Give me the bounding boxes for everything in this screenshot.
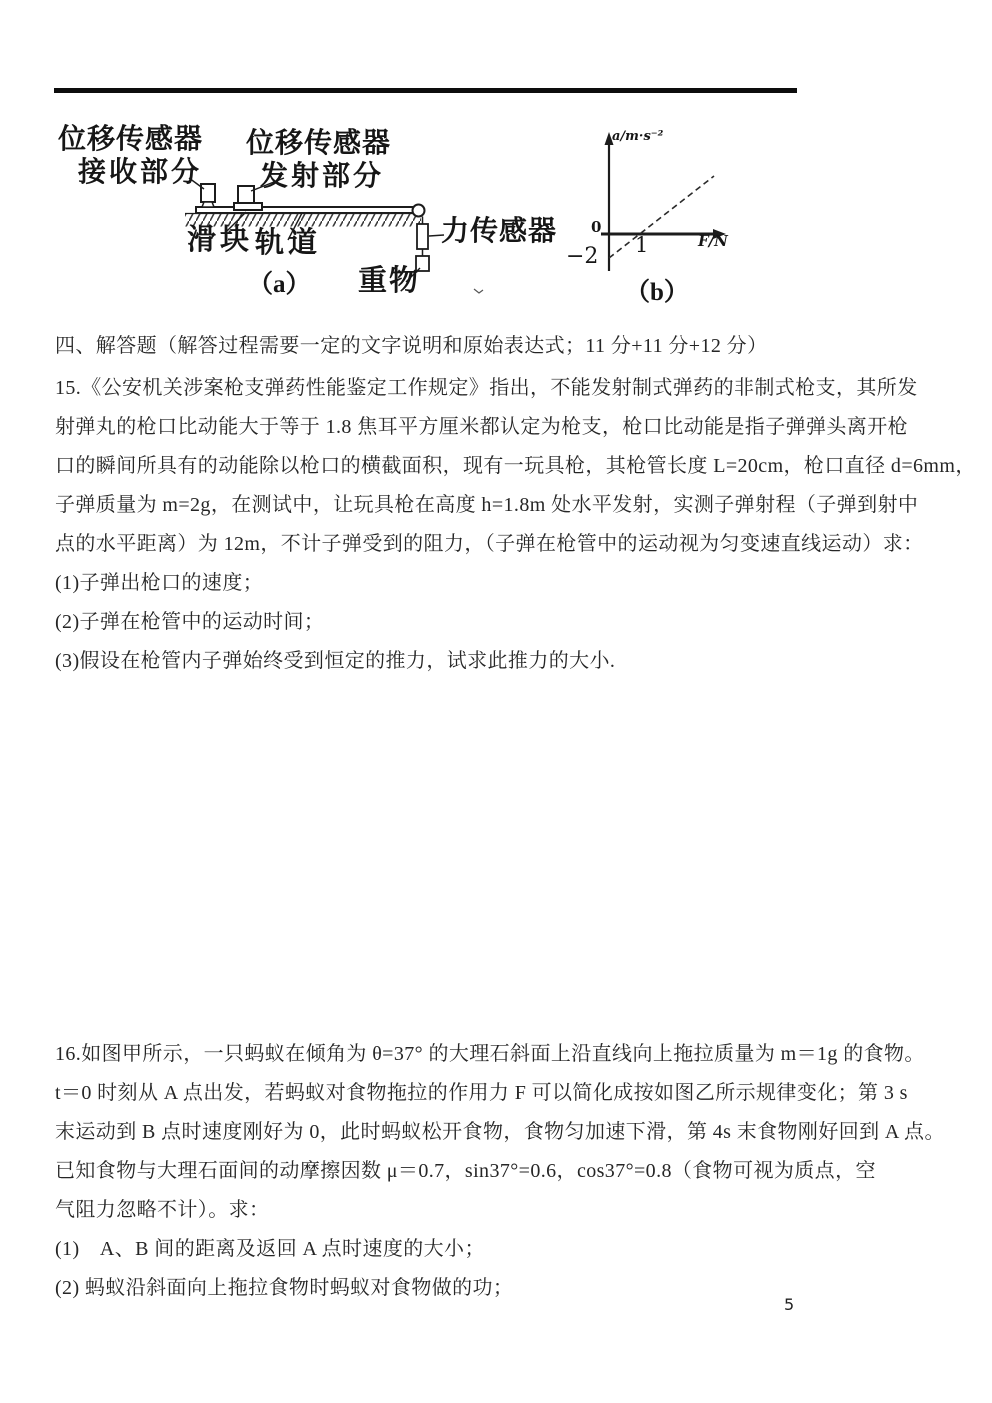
q16-line-4: 已知食物与大理石面间的动摩擦因数 μ＝0.7，sin37°=0.6，cos37°… [55,1159,947,1183]
document-page: 位移传感器 接收部分 位移传感器 发射部分 滑块 轨道 力传感器 重物 （a） … [0,0,992,1403]
section-header: 四、解答题（解答过程需要一定的文字说明和原始表达式；11 分+11 分+12 分… [55,334,947,358]
q15-subquestion-1: (1)子弹出枪口的速度； [55,571,947,595]
force-sensor-label: 力传感器 [441,218,557,246]
graph-x-axis-label: F/N [698,234,728,249]
page-number: 5 [784,1295,794,1314]
q16-line-3: 末运动到 B 点时速度刚好为 0，此时蚂蚁松开食物，食物匀加速下滑，第 4s 末… [55,1120,947,1144]
receiver-label-line1: 位移传感器 [58,126,203,154]
slider-label: 滑块 [187,226,253,255]
q15-line-5: 点的水平距离）为 12m，不计子弹受到的阻力，（子弹在枪管中的运动视为匀变速直线… [55,532,947,556]
q15-line-2: 射弹丸的枪口比动能大于等于 1.8 焦耳平方厘米都认定为枪支，枪口比动能是指子弹… [55,415,947,439]
graph-y-tick-label: −2 [566,246,598,268]
q15-line-3: 口的瞬间所具有的动能除以枪口的横截面积，现有一玩具枪，其枪管长度 L=20cm，… [55,454,947,478]
q15-subquestion-3: (3)假设在枪管内子弹始终受到恒定的推力，试求此推力的大小. [55,649,947,673]
q15-line-4: 子弹质量为 m=2g，在测试中，让玩具枪在高度 h=1.8m 处水平发射，实测子… [55,493,947,517]
receiver-sensor-shape [201,184,215,202]
track-shape [196,207,417,213]
q16-line-1: 16.如图甲所示，一只蚂蚁在倾角为 θ=37° 的大理石斜面上沿直线向上拖拉质量… [55,1042,947,1066]
slider-shape [234,203,262,210]
force-sensor-shape [417,224,428,249]
receiver-label-line2: 接收部分 [78,159,202,187]
graph-y-axis-label: a/m·s⁻² [612,130,663,143]
stray-mark [474,289,483,293]
q15-subquestion-2: (2)子弹在枪管中的运动时间； [55,610,947,634]
q15-line-1: 15.《公安机关涉案枪支弹药性能鉴定工作规定》指出，不能发射制式弹药的非制式枪支… [55,376,947,400]
transmitter-label-line1: 位移传感器 [246,130,391,158]
figure-a-caption: （a） [248,272,311,297]
q16-line-2: t＝0 时刻从 A 点出发，若蚂蚁对食物拖拉的作用力 F 可以简化成按如图乙所示… [55,1081,947,1105]
figure-b-caption: （b） [625,280,689,305]
pulley-icon [413,205,425,217]
graph-x-tick-label: 1 [635,235,648,256]
transmitter-sensor-shape [238,186,254,203]
q16-subquestion-1: (1) A、B 间的距离及返回 A 点时速度的大小； [55,1237,947,1261]
receiver-stand-shape [202,202,214,207]
graph-origin-label: 0 [591,220,601,235]
weight-label: 重物 [358,267,420,296]
q16-subquestion-2: (2) 蚂蚁沿斜面向上拖拉食物时蚂蚁对食物做的功； [55,1276,947,1300]
transmitter-label-line2: 发射部分 [260,163,384,191]
track-label: 轨道 [255,229,321,258]
q16-line-5: 气阻力忽略不计）。求： [55,1198,947,1222]
